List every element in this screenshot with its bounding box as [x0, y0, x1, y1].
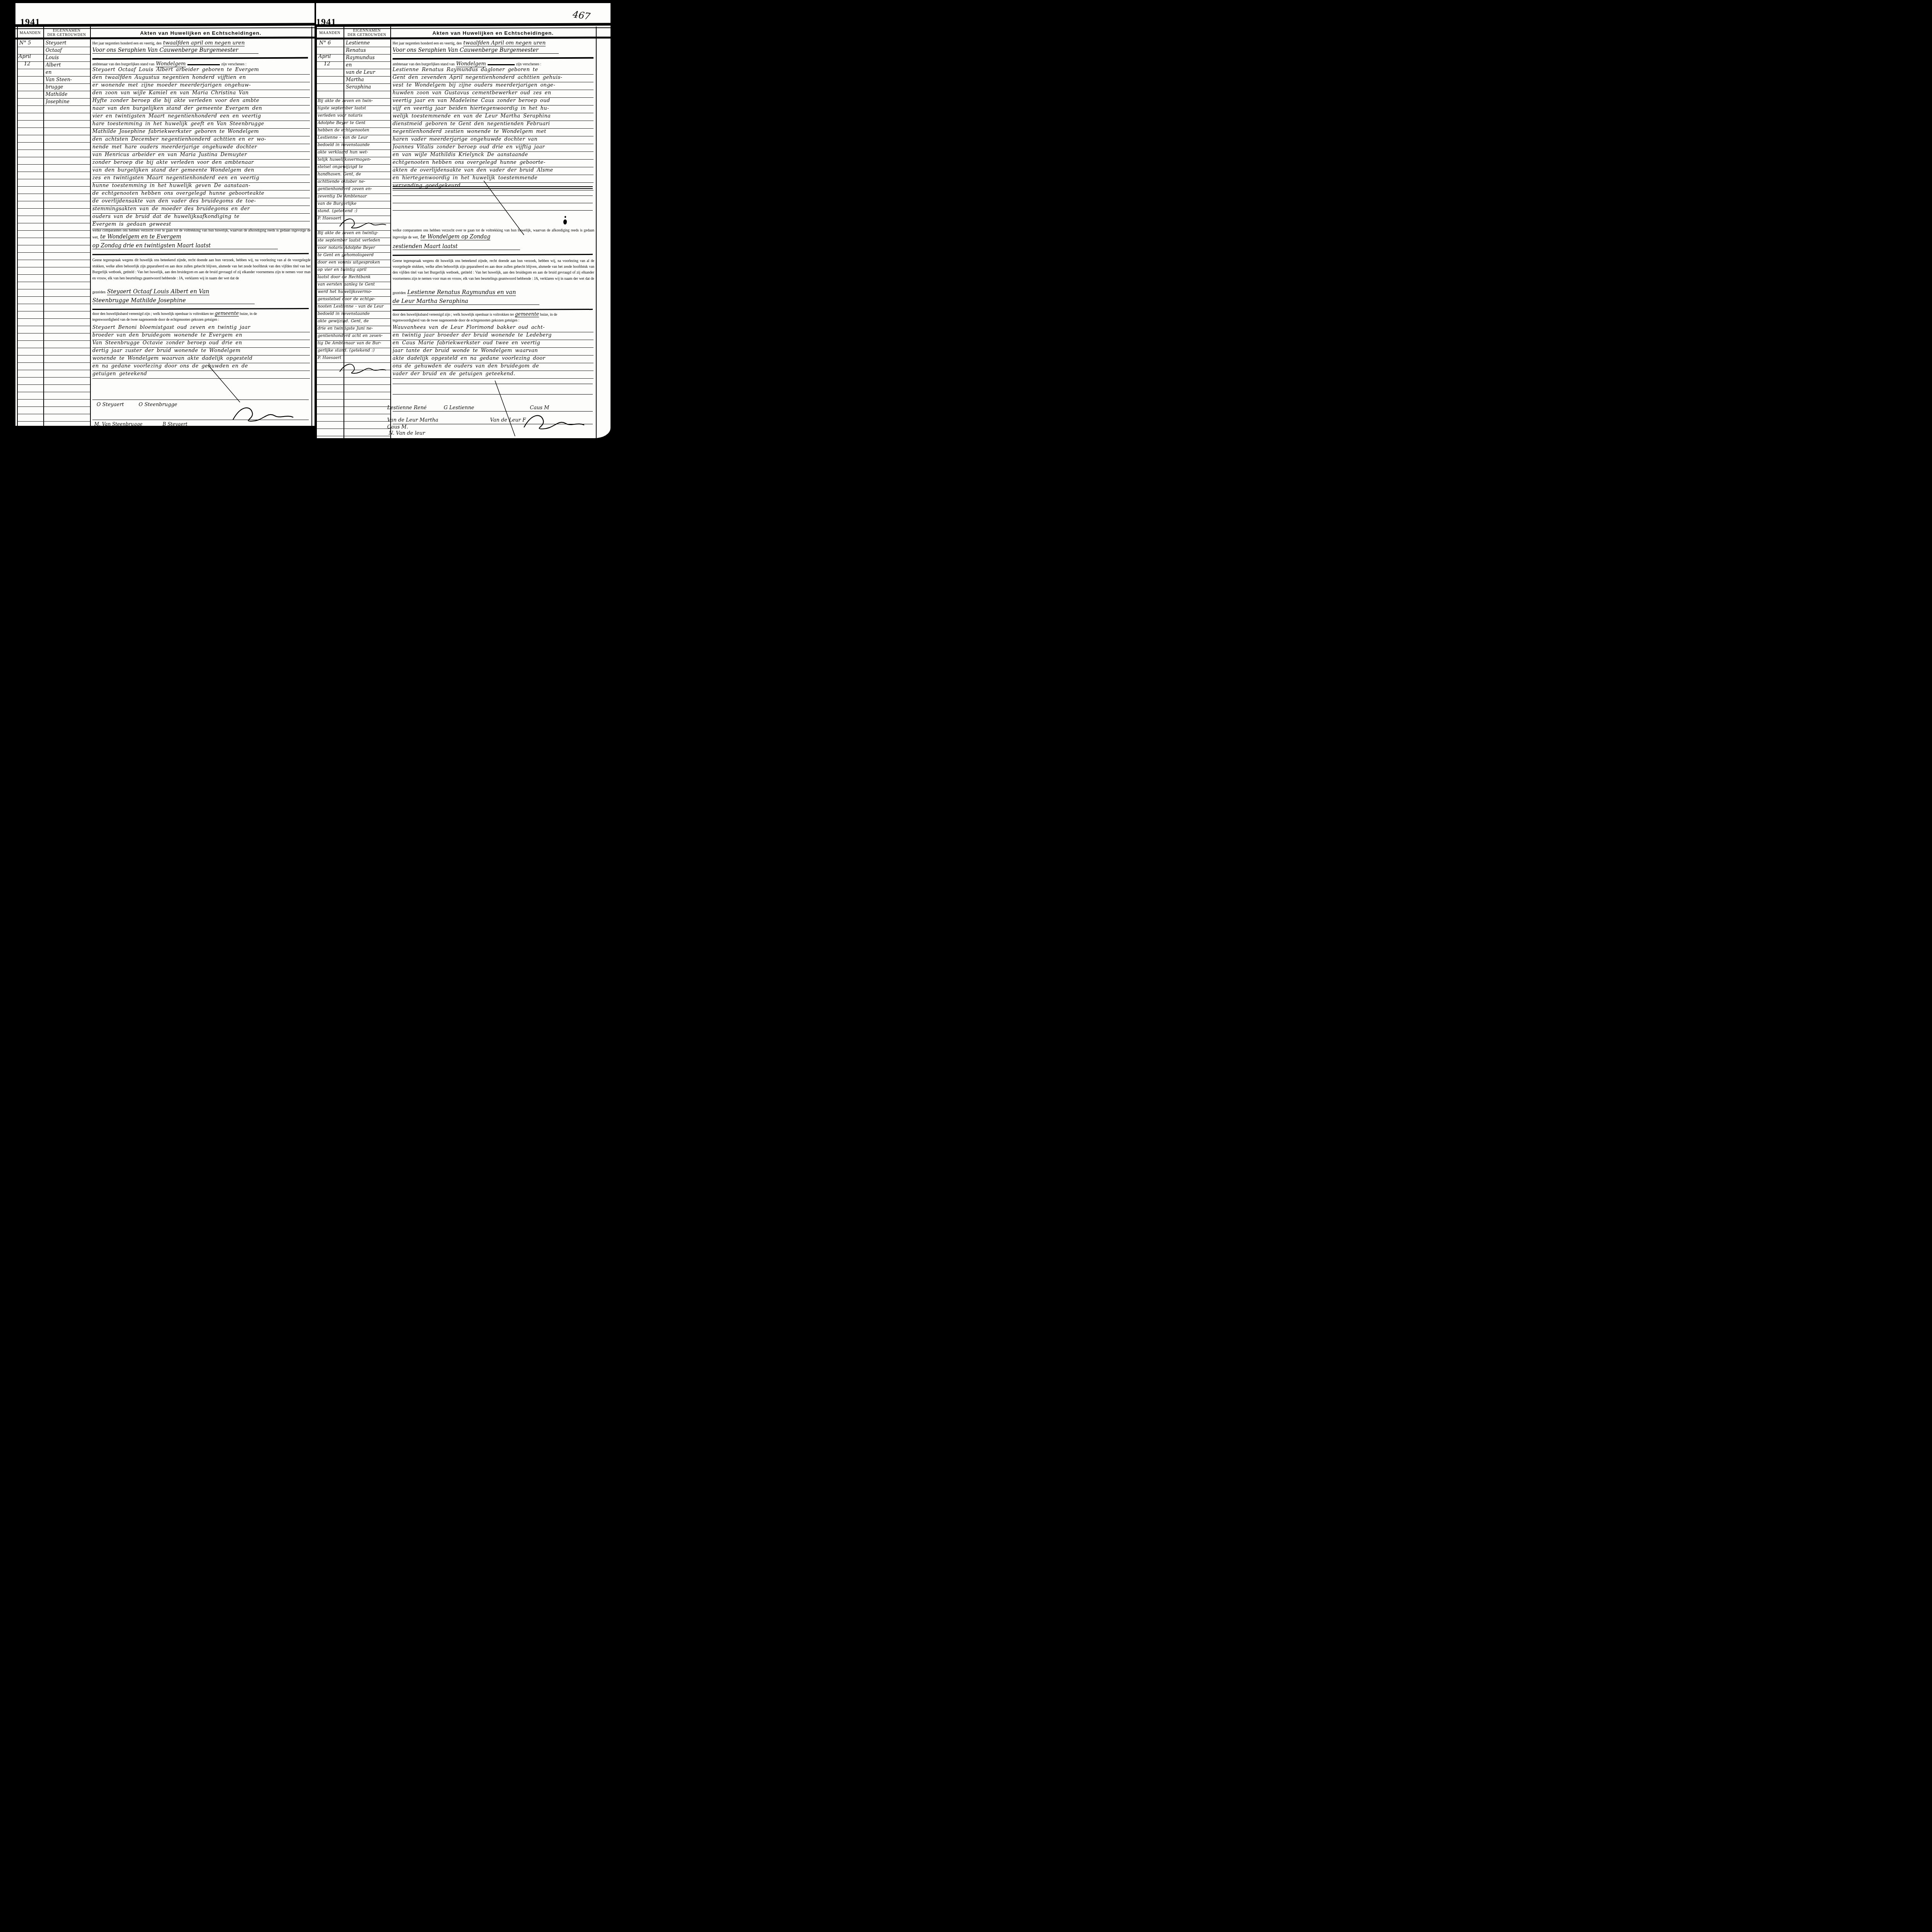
handwritten-line: hebben de echtgenooten: [318, 128, 389, 135]
officiant-fill: Voor ons Seraphien Van Cauwenberge Burge…: [393, 47, 559, 54]
signature-bride: O Steenbrugge: [139, 402, 177, 408]
appeared-printed: zijn verschenen :: [516, 62, 541, 66]
handwritten-line: dertig jaar zuster der bruid wonende te …: [92, 348, 310, 355]
handwritten-line: akte verklaard hun wet-: [318, 150, 389, 157]
said-fill-2: Steenbrugge Mathilde Josephine: [92, 298, 255, 304]
act-month: April: [318, 54, 331, 60]
handwritten-line: Raymundus: [346, 54, 389, 62]
signatures-row-1: O Steyaert O Steenbrugge: [97, 401, 259, 408]
signature-rule-1: [92, 400, 309, 400]
blank-filler-line: [187, 61, 220, 65]
registrar-printed: ambtenaar van den burgerlijken stand van: [393, 62, 454, 66]
handwritten-line: van Henricus arbeider en van Maria Justi…: [92, 152, 310, 160]
handwritten-line: Lestienne Renatus Raymundus dagloner geb…: [393, 67, 594, 75]
handwritten-line: nende met hare ouders meerderjarige onge…: [92, 144, 310, 152]
handwritten-line: Gent den zevenden April negentienhonderd…: [393, 75, 594, 82]
signature-witness-mother: M. Van Steenbrugge: [94, 422, 143, 426]
spouse-names: SteyaertOctaafLouisAlbertenVan Steen-bru…: [46, 40, 89, 106]
banns-fill-2: op Zondag drie en twintigsten Maart laat…: [92, 243, 278, 249]
handwritten-line: Martha: [346, 77, 389, 84]
handwritten-line: akten de overlijdensakte van den vader d…: [393, 167, 594, 175]
signature-rule-2: [92, 420, 309, 420]
act-body: Lestienne Renatus Raymundus dagloner geb…: [393, 67, 594, 190]
officiant-fill: Voor ons Seraphien Van Cauwenberge Burge…: [92, 47, 259, 54]
col-header-months: MAANDEN: [17, 31, 43, 35]
handwritten-line: P. Haesaert: [318, 355, 389, 363]
handwritten-line: Josephine: [46, 99, 89, 106]
handwritten-line: te Gent en gehomologeerd: [318, 253, 389, 260]
handwritten-line: haren vader meerderjarige ongehuwde doch…: [393, 136, 594, 144]
handwritten-line: achttiende oktober ne-: [318, 179, 389, 187]
handwritten-line: op vier en twintig april: [318, 267, 389, 275]
handwritten-line: Hyfte zonder beroep die bij akte verlede…: [92, 98, 310, 105]
handwritten-line: nooten Lestienne - van de Leur: [318, 304, 389, 311]
handwritten-line: vader der bruid en de getuigen geteekend…: [393, 371, 594, 379]
handwritten-line: er wonende met zijne moeder meerderjarig…: [92, 82, 310, 90]
handwritten-line: verleden voor notaris: [318, 113, 389, 121]
signature-groom: Lestienne René: [387, 405, 427, 411]
registrar-printed: ambtenaar van den burgerlijken stand van: [92, 62, 154, 66]
witnesses-body: Wauvanhees van de Leur Florimond bakker …: [393, 325, 594, 379]
house-fill: gemeente: [215, 310, 239, 316]
form-heavy-rule-3: [393, 309, 593, 311]
handwritten-line: naar van den burgelijken stand der gemee…: [92, 105, 310, 113]
margin-note-matrimonial-regime-kept: Bij akte de zeven en twin-tigste septemb…: [318, 99, 389, 223]
handwritten-line: de echtgenooten hebben ons overgelegd hu…: [92, 190, 310, 198]
handwritten-line: jaar tante der bruid wonde te Wondelgem …: [393, 348, 594, 355]
table-border-right: [311, 27, 312, 426]
banns-fill-1: te Wondelgem en te Evergem: [100, 234, 181, 240]
commune-fill: Wondelgem: [456, 61, 486, 67]
handwritten-line: welijk toestemmende en van de Leur Marth…: [393, 113, 594, 121]
handwritten-line: vijf en veertig jaar beiden hiertegenwoo…: [393, 105, 594, 113]
handwritten-line: P. Haesaert: [318, 216, 389, 223]
handwritten-line: en hiertegenwoordig in het huwelijk toes…: [393, 175, 594, 183]
handwritten-line: Van Steen-: [46, 77, 89, 84]
said-fill-1: Steyaert Octaaf Louis Albert en Van: [107, 289, 209, 295]
folio-page-number: 467: [572, 9, 591, 22]
col-header-names: EIGENNAMEN DER GETROUWDEN: [43, 29, 90, 37]
union-printed-post: huize, in de: [540, 313, 557, 317]
handwritten-line: en twintig jaar broeder der bruid wonend…: [393, 332, 594, 340]
opening-datetime-fill: twaalfden April om negen uren: [463, 40, 546, 46]
handwritten-line: akte dadelijk opgesteld en na gedane voo…: [393, 355, 594, 363]
banns-fill-1: te Wondelgem op Zondag: [420, 234, 490, 240]
signatures-row-2: M. Van Steenbrugge B Steyaert: [94, 421, 280, 426]
handwritten-line: veertig jaar en van Madeleine Caus zonde…: [393, 98, 594, 105]
col-header-acts-title: Akten van Huwelijken en Echtscheidingen.: [390, 30, 596, 36]
handwritten-line: akte gewijzigd. Gent, de: [318, 319, 389, 326]
banns-fill-2: zestienden Maart laatst: [393, 243, 520, 250]
signature-rule-1: [393, 411, 593, 412]
header-thick-rule: [15, 23, 315, 27]
handwritten-line: van den burgelijken stand der gemeente W…: [92, 167, 310, 175]
handwritten-line: Steyaert Octaaf Louis Albert arbeider ge…: [92, 67, 310, 75]
handwritten-line: gerlijke stand. (getekend :): [318, 348, 389, 355]
handwritten-line: Joannes Vitalis zonder beroep oud drie e…: [393, 144, 594, 152]
registrar-line: ambtenaar van den burgerlijken stand van…: [393, 60, 594, 67]
handwritten-line: Van Steenbrugge Octavie zonder beroep ou…: [92, 340, 310, 348]
col-header-acts-title: Akten van Huwelijken en Echtscheidingen.: [90, 30, 311, 36]
empty-ruled-line-5: [393, 394, 593, 395]
empty-ruled-line-4: [393, 384, 593, 384]
table-border-right: [596, 27, 597, 438]
handwritten-line: vier en twintigsten Maart negentienhonde…: [92, 113, 310, 121]
union-printed-pre: door den huwelijksband vereenigd zijn ; …: [92, 312, 214, 316]
ink-droplet: [565, 216, 566, 218]
handwritten-line: Louis: [46, 54, 89, 62]
handwritten-line: werd het huwelijksvermo-: [318, 289, 389, 297]
col-header-months: MAANDEN: [316, 31, 344, 35]
union-line-2: tegenwoordigheid van de twee nagenoemde …: [393, 318, 594, 323]
form-heavy-rule-1: [393, 57, 594, 60]
handwritten-line: door een vonnis uitgesproken: [318, 260, 389, 267]
col-header-names-line2: DER GETROUWDEN: [43, 33, 90, 37]
handwritten-line: de overlijdensakte van den vader des bru…: [92, 198, 310, 206]
signature-witness-brother: B Steyaert: [163, 422, 187, 426]
handwritten-line: handhaven. Gent, de: [318, 172, 389, 179]
form-heavy-rule-2: [393, 254, 593, 256]
col-header-names-line1: EIGENNAMEN: [43, 29, 90, 33]
form-heavy-rule-1: [92, 57, 308, 60]
banns-paragraph: welke comparanten ons hebben verzocht ov…: [92, 226, 311, 240]
act-number: N° 6: [319, 40, 331, 46]
act-body: Steyaert Octaaf Louis Albert arbeider ge…: [92, 67, 310, 229]
handwritten-line: stemmingsakten van de moeder des bruideg…: [92, 206, 310, 214]
opening-datetime-fill: twaalfden april om negen uren: [163, 40, 245, 46]
handwritten-line: van de Burgerlijke: [318, 201, 389, 209]
house-fill: gemeente: [515, 311, 539, 317]
union-line-1: door den huwelijksband vereenigd zijn ; …: [92, 311, 311, 317]
handwritten-line: Steyaert Benoni bloemistgast oud zeven e…: [92, 325, 310, 332]
closing-double-rule-a: [393, 186, 593, 187]
handwritten-line: stand. (getekend :): [318, 209, 389, 216]
handwritten-line: zes en twintigsten Maart negentienhonder…: [92, 175, 310, 183]
signature-bride: Van de Leur Martha: [387, 417, 438, 423]
margin-note-matrimonial-regime-changed: Bij akte de zeven en twintig-ste septemb…: [318, 231, 389, 363]
closing-double-rule-b: [393, 188, 593, 189]
signatures-row-1: Lestienne René G Lestienne Caus M: [387, 404, 588, 411]
empty-ruled-line-1: [393, 196, 593, 196]
banns-paragraph: welke comparanten ons hebben verzocht ov…: [393, 226, 594, 240]
act-day: 12: [324, 61, 330, 67]
opening-line: Het jaar negentien honderd een en veerti…: [393, 39, 594, 46]
handwritten-line: Lestienne - van de Leur: [318, 135, 389, 143]
signature-groom-father: G Lestienne: [444, 405, 474, 411]
col-header-names: EIGENNAMEN DER GETROUWDEN: [344, 29, 390, 37]
handwritten-line: wonende te Wondelgem waarvan akte dadeli…: [92, 355, 310, 363]
handwritten-line: Albert: [46, 62, 89, 69]
signature-bride-father: Van de Leur F: [490, 417, 526, 423]
handwritten-line: Wauvanhees van de Leur Florimond bakker …: [393, 325, 594, 332]
blank-filler-line: [488, 61, 515, 65]
handwritten-line: ons de gehuwden de ouders van den bruide…: [393, 363, 594, 371]
handwritten-line: Lestienne: [346, 40, 389, 47]
handwritten-line: zonder beroep die bij akte verleden voor…: [92, 160, 310, 167]
no-opposition-paragraph: Geene tegenspraak wegens dit huwelijk on…: [393, 258, 594, 282]
empty-ruled-line-3: [393, 210, 593, 211]
handwritten-line: Mathilde Josephine fabriekwerkster gebor…: [92, 129, 310, 136]
union-line-1: door den huwelijksband vereenigd zijn ; …: [393, 312, 594, 318]
handwritten-line: van de Leur: [346, 69, 389, 77]
handwritten-line: Mathilde: [46, 91, 89, 99]
form-heavy-rule-3: [92, 308, 309, 310]
opening-printed: Het jaar negentien honderd een en veerti…: [393, 41, 462, 46]
handwritten-line: telijk huwelijksvermogen-: [318, 157, 389, 165]
handwritten-line: hunne toestemming in het huwelijk geven …: [92, 183, 310, 190]
col-header-names-line2: DER GETROUWDEN: [344, 33, 390, 37]
handwritten-line: negentienhonderd zestien wonende te Wond…: [393, 129, 594, 136]
handwritten-line: laatst door de Rechtbank: [318, 275, 389, 282]
handwritten-line: en Caus Marie fabriekwerkster oud twee e…: [393, 340, 594, 348]
handwritten-line: bedoeld in nevenstaande: [318, 143, 389, 150]
signature-groom: O Steyaert: [97, 402, 124, 408]
handwritten-line: voor notaris Adolphe Beyer: [318, 245, 389, 253]
handwritten-line: hare toestemming in het huwelijk geeft e…: [92, 121, 310, 129]
opening-printed: Het jaar negentien honderd een en veerti…: [92, 41, 162, 46]
handwritten-line: Steyaert: [46, 40, 89, 47]
register-scan: 1941 MAANDEN EIGENNAMEN DER GETROUWDEN A…: [0, 0, 614, 438]
handwritten-line: van eersten aanleg te Gent: [318, 282, 389, 289]
signatures-row-2: Van de Leur Martha Van de Leur F: [387, 417, 588, 423]
handwritten-line: broeder van den bruidegom wonende te Eve…: [92, 332, 310, 340]
handwritten-line: brugge: [46, 84, 89, 91]
handwritten-line: gentienhonderd zeven en-: [318, 187, 389, 194]
said-label: gezeiden: [92, 290, 105, 294]
handwritten-line: den twaalfden Augustus negentien honderd…: [92, 75, 310, 82]
col-header-names-line1: EIGENNAMEN: [344, 29, 390, 33]
col-divider-names-acts: [90, 27, 91, 426]
signature-witness-brother: N. Van de leur: [389, 430, 425, 436]
handwritten-line: Renatus: [346, 47, 389, 54]
said-fill-2: de Leur Martha Seraphina: [393, 298, 539, 305]
act-day: 12: [24, 61, 31, 67]
handwritten-line: Octaaf: [46, 47, 89, 54]
handwritten-line: echtgenooten hebben ons overgelegd hunne…: [393, 160, 594, 167]
commune-fill: Wondelgem: [156, 61, 185, 67]
act-month: April: [19, 54, 31, 60]
handwritten-line: ouders van de bruid dat de huwelijksafko…: [92, 214, 310, 221]
act-number: N° 5: [19, 40, 31, 46]
left-page: 1941 MAANDEN EIGENNAMEN DER GETROUWDEN A…: [15, 3, 315, 426]
handwritten-line: vest te Wondelgem bij zijne ouders meerd…: [393, 82, 594, 90]
said-line: gezeiden Steyaert Octaaf Louis Albert en…: [92, 288, 311, 295]
spouse-names: LestienneRenatusRaymundusenvan de LeurMa…: [346, 40, 389, 91]
handwritten-line: gentienhonderd acht en zeven-: [318, 333, 389, 341]
empty-ruled-line-2: [393, 203, 593, 203]
handwritten-line: gensstelsel door de echtge-: [318, 297, 389, 304]
handwritten-line: en: [346, 62, 389, 69]
union-printed-pre: door den huwelijksband vereenigd zijn ; …: [393, 313, 514, 317]
handwritten-line: en na gedane voorlezing door ons de gehu…: [92, 363, 310, 371]
handwritten-line: ste september laatst verleden: [318, 238, 389, 245]
union-line-2: tegenwoordigheid van de twee nagenoemde …: [92, 318, 311, 323]
col-divider-names-acts: [390, 27, 391, 438]
said-fill-1: Lestienne Renatus Raymundus en van: [407, 289, 516, 296]
handwritten-line: huwden zoon van Gustavus cementbewerker …: [393, 90, 594, 98]
handwritten-line: Bij akte de zeven en twintig-: [318, 231, 389, 238]
said-label: gezeiden: [393, 291, 406, 295]
handwritten-line: stelsel ongewijzigd te: [318, 165, 389, 172]
handwritten-line: Bij akte de zeven en twin-: [318, 99, 389, 106]
witnesses-body: Steyaert Benoni bloemistgast oud zeven e…: [92, 325, 310, 379]
header-thick-rule: [316, 23, 611, 27]
handwritten-line: en: [46, 69, 89, 77]
union-printed-post: huize, in de: [240, 312, 257, 316]
no-opposition-paragraph: Geene tegenspraak wegens dit huwelijk on…: [92, 257, 311, 281]
handwritten-line: drie en twintigste Juni ne-: [318, 326, 389, 333]
registrar-line: ambtenaar van den burgerlijken stand van…: [92, 60, 310, 67]
ink-blot: [563, 219, 567, 224]
opening-line: Het jaar negentien honderd een en veerti…: [92, 39, 310, 46]
signature-rule-2: [393, 424, 593, 424]
said-line: gezeiden Lestienne Renatus Raymundus en …: [393, 289, 594, 296]
right-page: 1941 467 MAANDEN EIGENNAMEN DER GETROUWD…: [316, 3, 611, 438]
handwritten-line: tigste september laatst: [318, 106, 389, 113]
signature-groom-mother: Caus M: [530, 405, 549, 411]
handwritten-line: den achtsten December negentienhonderd a…: [92, 136, 310, 144]
handwritten-line: Adolphe Beyer te Gent: [318, 121, 389, 128]
handwritten-line: den zoon van wijle Kamiel en van Maria C…: [92, 90, 310, 98]
handwritten-line: dienstmeid geboren te Gent den negentien…: [393, 121, 594, 129]
form-heavy-rule-2: [92, 253, 309, 255]
signature-aunt: Caus M.: [387, 424, 408, 430]
handwritten-line: Seraphina: [346, 84, 389, 91]
handwritten-line: tig De Ambtenaar van de Bur-: [318, 341, 389, 348]
handwritten-line: en van wijle Mathildis Krielynck De aans…: [393, 152, 594, 160]
handwritten-line: zeventig De Ambtenaar: [318, 194, 389, 201]
handwritten-line: bedoeld in nevenstaande: [318, 311, 389, 319]
handwritten-line: getuigen geteekend: [92, 371, 310, 379]
appeared-printed: zijn verschenen :: [221, 62, 247, 66]
